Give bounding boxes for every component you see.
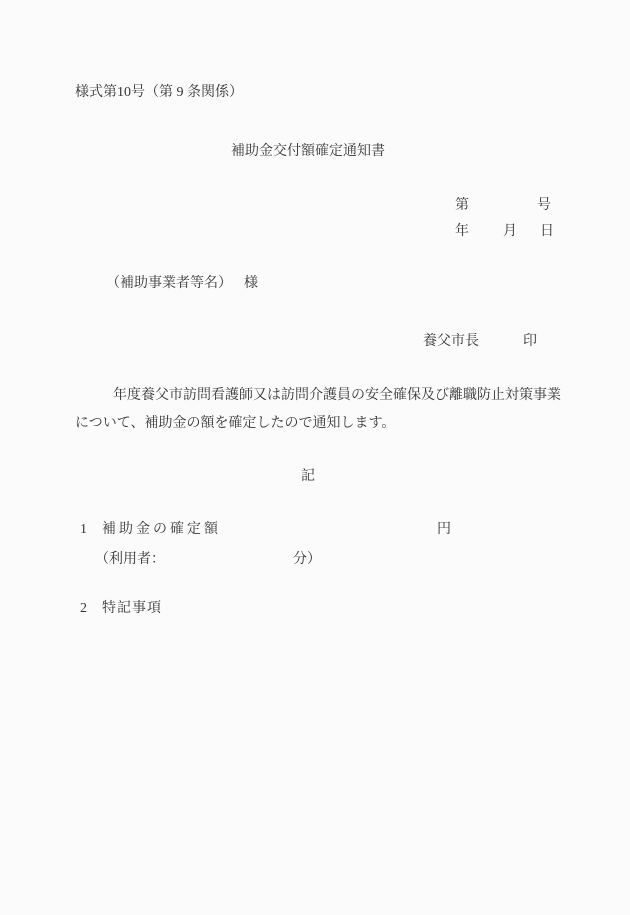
item2-label: 特記事項	[102, 600, 162, 617]
body-line-2: について、補助金の額を確定したので通知します。	[75, 415, 395, 432]
doc-number-prefix: 第	[455, 197, 469, 214]
doc-number-suffix: 号	[537, 197, 551, 214]
document-page: 様式第10号（第 9 条関係） 補助金交付額確定通知書 第 号 年 月 日 （補…	[0, 0, 630, 915]
addressee-honorific: 様	[244, 275, 258, 292]
item2-number: 2	[80, 600, 87, 617]
item1-sub-suffix: 分）	[293, 551, 321, 568]
date-year-label: 年	[455, 223, 469, 240]
signer-seal-mark: 印	[523, 333, 537, 350]
item1-unit-yen: 円	[437, 521, 451, 538]
form-number: 様式第10号（第 9 条関係）	[75, 84, 243, 101]
item1-number: 1	[80, 521, 87, 538]
date-day-label: 日	[540, 223, 554, 240]
section-marker: 記	[0, 468, 616, 485]
item1-label: 補助金の確定額	[102, 521, 221, 538]
signer-title: 養父市長	[423, 333, 479, 350]
addressee-placeholder: （補助事業者等名）	[106, 275, 232, 292]
item1-sub-prefix: （利用者：	[95, 551, 165, 568]
document-title: 補助金交付額確定通知書	[0, 143, 616, 160]
body-line-1: 年度養父市訪問看護師又は訪問介護員の安全確保及び離職防止対策事業	[113, 387, 561, 404]
date-month-label: 月	[503, 223, 517, 240]
